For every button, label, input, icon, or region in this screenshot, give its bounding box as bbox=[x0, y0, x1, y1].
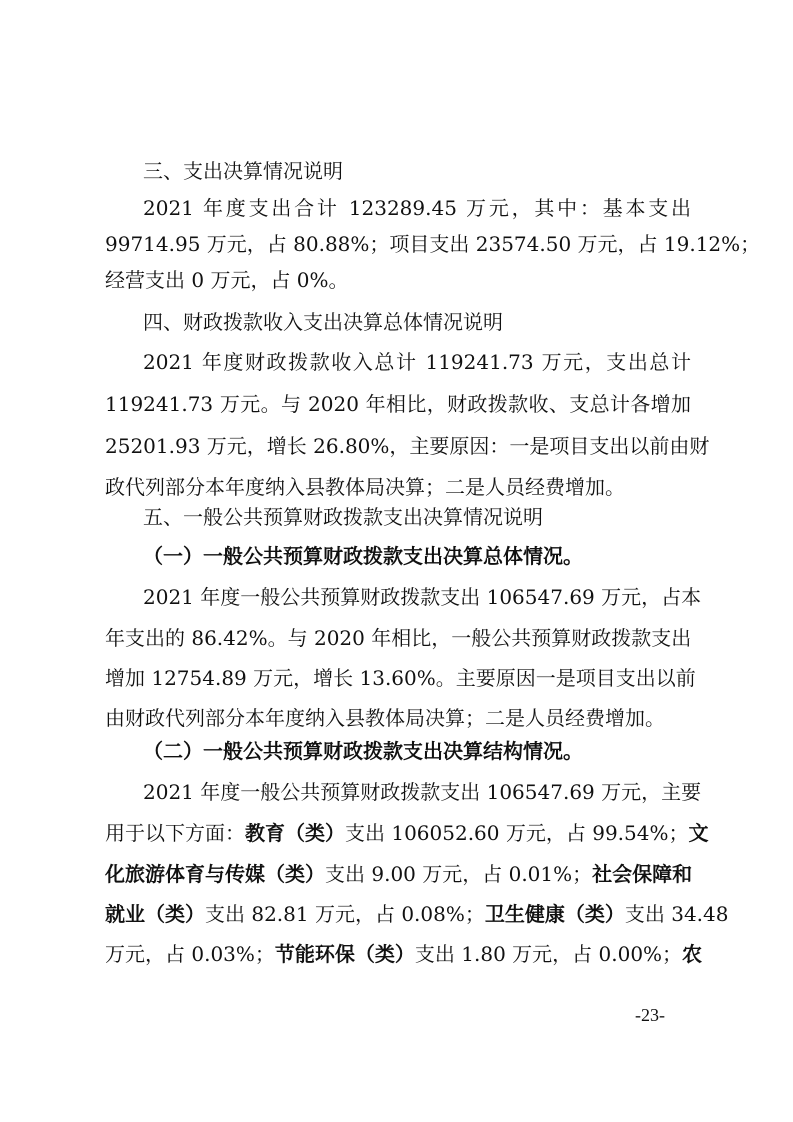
section-3-heading: 三、支出决算情况说明 bbox=[143, 157, 691, 185]
paragraph-line: 万元，占 0.03%；节能环保（类）支出 1.80 万元，占 0.00%；农 bbox=[105, 940, 691, 968]
subsection-1-heading: （一）一般公共预算财政拨款支出决算总体情况。 bbox=[143, 542, 691, 570]
category-social-security-cont: 就业（类） bbox=[105, 902, 205, 926]
document-page: 三、支出决算情况说明 2021 年度支出合计 123289.45 万元，其中：基… bbox=[0, 0, 793, 1122]
paragraph-line: 化旅游体育与传媒（类）支出 9.00 万元，占 0.01%；社会保障和 bbox=[105, 860, 691, 888]
paragraph-line: 2021 年度财政拨款收入总计 119241.73 万元，支出总计 bbox=[143, 348, 691, 376]
paragraph-line: 就业（类）支出 82.81 万元，占 0.08%；卫生健康（类）支出 34.48 bbox=[105, 900, 691, 928]
category-health: 卫生健康（类） bbox=[485, 902, 625, 926]
paragraph-line: 政代列部分本年度纳入县教体局决算；二是人员经费增加。 bbox=[105, 473, 691, 501]
paragraph-line: 2021 年度一般公共预算财政拨款支出 106547.69 万元，占本 bbox=[143, 583, 691, 611]
paragraph-line: 119241.73 万元。与 2020 年相比，财政拨款收、支总计各增加 bbox=[105, 390, 691, 418]
paragraph-line: 由财政代列部分本年度纳入县教体局决算；二是人员经费增加。 bbox=[105, 704, 691, 732]
section-5-heading: 五、一般公共预算财政拨款支出决算情况说明 bbox=[143, 503, 691, 531]
category-culture: 文 bbox=[689, 821, 709, 845]
paragraph-line: 25201.93 万元，增长 26.80%，主要原因：一是项目支出以前由财 bbox=[105, 432, 691, 460]
paragraph-line: 增加 12754.89 万元，增长 13.60%。主要原因一是项目支出以前 bbox=[105, 664, 691, 692]
paragraph-line: 2021 年度支出合计 123289.45 万元，其中：基本支出 bbox=[143, 194, 691, 222]
paragraph-line: 用于以下方面：教育（类）支出 106052.60 万元，占 99.54%；文 bbox=[105, 819, 691, 847]
page-number: -23- bbox=[620, 1005, 680, 1026]
category-agriculture: 农 bbox=[682, 942, 702, 966]
category-culture-cont: 化旅游体育与传媒（类） bbox=[105, 862, 325, 886]
section-4-heading: 四、财政拨款收入支出决算总体情况说明 bbox=[143, 308, 691, 336]
subsection-2-heading: （二）一般公共预算财政拨款支出决算结构情况。 bbox=[143, 737, 691, 765]
paragraph-line: 2021 年度一般公共预算财政拨款支出 106547.69 万元，主要 bbox=[143, 778, 691, 806]
paragraph-line: 年支出的 86.42%。与 2020 年相比，一般公共预算财政拨款支出 bbox=[105, 624, 691, 652]
category-energy-environment: 节能环保（类） bbox=[275, 942, 415, 966]
paragraph-line: 99714.95 万元，占 80.88%；项目支出 23574.50 万元，占 … bbox=[105, 230, 691, 258]
paragraph-line: 经营支出 0 万元，占 0%。 bbox=[105, 266, 691, 294]
category-social-security: 社会保障和 bbox=[592, 862, 692, 886]
category-education: 教育（类） bbox=[245, 821, 345, 845]
